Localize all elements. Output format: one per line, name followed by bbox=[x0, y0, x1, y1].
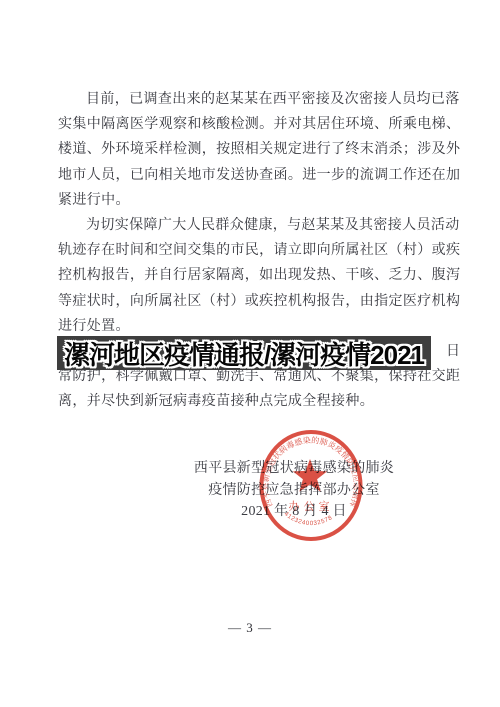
watermark-title: 漯河地区疫情通报/漯河疫情2021 bbox=[64, 335, 424, 372]
seal-star-icon bbox=[293, 459, 327, 492]
page-number: — 3 — bbox=[0, 620, 500, 636]
paragraph1-line: 地市人员，已向相关地市发送协查函。进一步的流调工作还在加 bbox=[58, 163, 460, 188]
paragraph2-line: 控机构报告，并自行居家隔离，如出现发热、干咳、乏力、腹泻 bbox=[58, 263, 460, 288]
seal-center-text: 办公室 bbox=[289, 499, 334, 513]
paragraph1-line: 实集中隔离医学观察和核酸检测。并对其居住环境、所乘电梯、 bbox=[58, 112, 460, 137]
document-page: 目前，已调查出来的赵某某在西平密接及次密接人员均已落 实集中隔离医学观察和核酸检… bbox=[0, 0, 500, 707]
paragraph3-line: 离，并尽快到新冠病毒疫苗接种点完成全程接种。 bbox=[58, 389, 460, 414]
paragraph1-line: 紧进行中。 bbox=[58, 188, 460, 213]
paragraph1-line: 楼道、外环境采样检测，按照相关规定进行了终末消杀；涉及外 bbox=[58, 137, 460, 162]
watermark-title-band: 漯河地区疫情通报/漯河疫情2021 bbox=[57, 336, 431, 370]
official-seal-stamp: 西平县新型冠状病毒感染的肺炎疫情防控应急指挥部 办公室 412324003257… bbox=[246, 421, 378, 553]
paragraph2-line: 为切实保障广大人民群众健康，与赵某某及其密接人员活动 bbox=[58, 213, 460, 238]
paragraph2-line: 等症状时，向所属社区（村）或疾控机构报告，由指定医疗机构 bbox=[58, 289, 460, 314]
paragraph1-line: 目前，已调查出来的赵某某在西平密接及次密接人员均已落 bbox=[58, 87, 460, 112]
paragraph2-line: 轨迹存在时间和空间交集的市民，请立即向所属社区（村）或疾 bbox=[58, 238, 460, 263]
